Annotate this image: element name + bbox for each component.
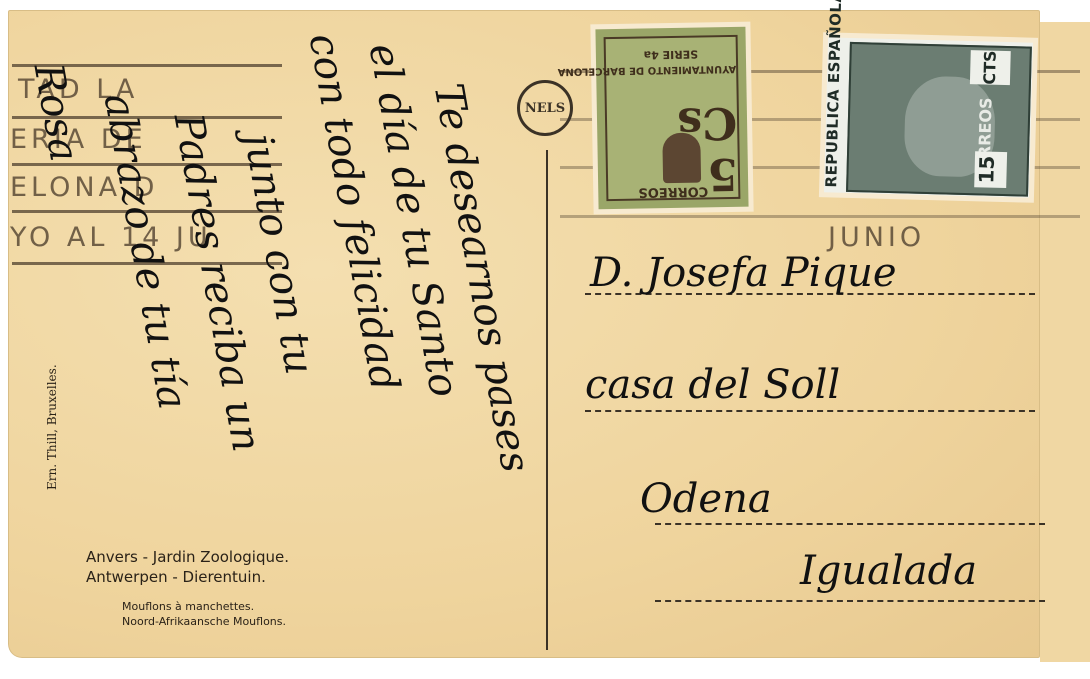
stamp-republica-espanola: REPUBLICA ESPAÑOLA CORREOS CTS 15 bbox=[824, 37, 1033, 197]
address-house: casa del Soll bbox=[585, 362, 840, 408]
stamp-issuer: REPUBLICA ESPAÑOLA bbox=[822, 0, 845, 188]
address-recipient: D. Josefa Pique bbox=[590, 250, 897, 296]
address-line-rule bbox=[585, 410, 1035, 412]
stamp-ayuntamiento-barcelona: SERIE 4a AYUNTAMIENTO DE BARCELONA 5 Cs … bbox=[595, 27, 748, 210]
stamp-unit: CTS bbox=[970, 50, 1011, 85]
postmark-line: YO AL 14 JU bbox=[10, 222, 212, 253]
address-line-rule bbox=[655, 523, 1045, 525]
coat-of-arms-icon bbox=[662, 133, 701, 184]
stamp-value: 15 bbox=[974, 151, 1007, 188]
printer-credit: Ern. Thill, Bruxelles. bbox=[45, 364, 59, 490]
publisher-logo: NELS bbox=[517, 80, 573, 136]
address-city: Igualada bbox=[800, 548, 977, 594]
card-divider bbox=[546, 150, 548, 650]
address-line-rule bbox=[655, 600, 1045, 602]
address-town: Odena bbox=[640, 476, 772, 522]
stamp-issuer: AYUNTAMIENTO DE BARCELONA bbox=[606, 63, 736, 76]
caption-subtitle-dutch: Noord-Afrikaansche Mouflons. bbox=[122, 615, 286, 628]
caption-dutch: Antwerpen - Dierentuin. bbox=[86, 568, 266, 586]
postmark-date: JUNIO bbox=[828, 222, 925, 253]
stamp-series: SERIE 4a bbox=[606, 47, 736, 62]
stamp-label: CORREOS bbox=[608, 183, 738, 200]
caption-french: Anvers - Jardin Zoologique. bbox=[86, 548, 289, 566]
caption-subtitle-french: Mouflons à manchettes. bbox=[122, 600, 254, 613]
